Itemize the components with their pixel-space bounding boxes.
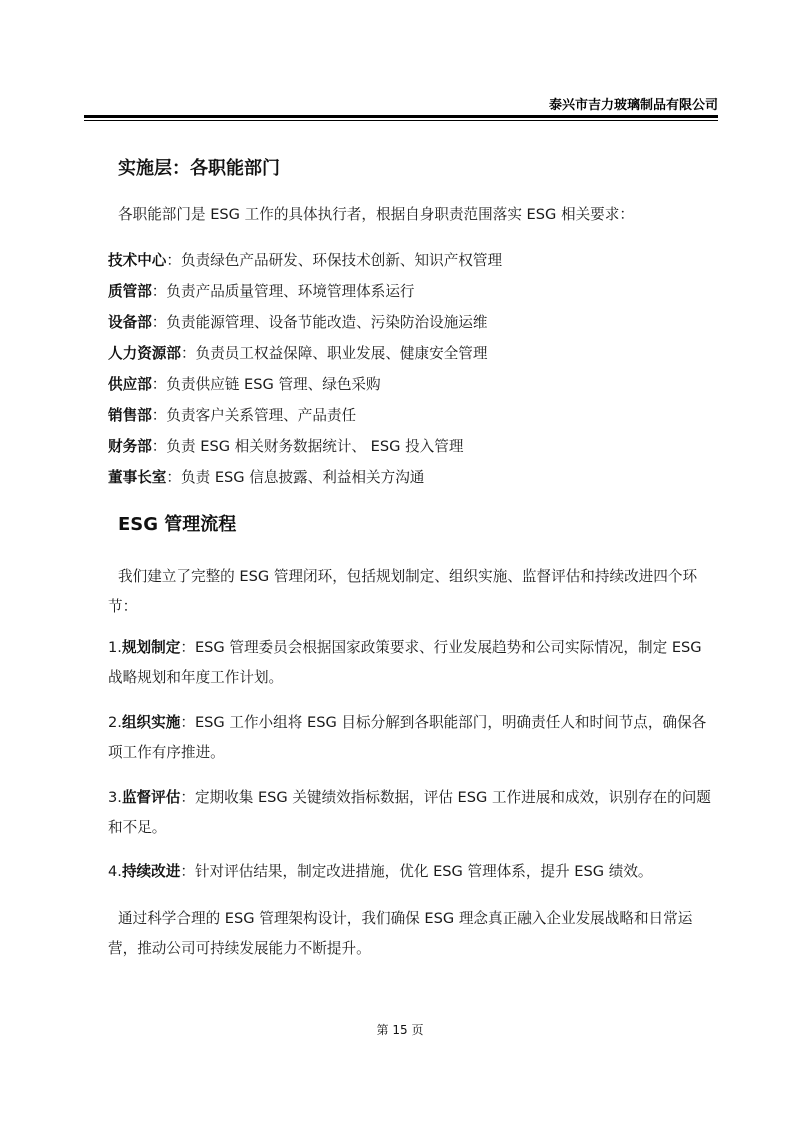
department-duty: 负责 ESG 信息披露、利益相关方沟通	[181, 469, 424, 486]
department-name: 人力资源部	[108, 345, 181, 362]
step-number: 3.	[108, 789, 122, 806]
department-item: 技术中心：负责绿色产品研发、环保技术创新、知识产权管理	[108, 251, 502, 271]
department-item: 财务部：负责 ESG 相关财务数据统计、 ESG 投入管理	[108, 437, 463, 457]
process-conclusion: 通过科学合理的 ESG 管理架构设计，我们确保 ESG 理念真正融入企业发展战略…	[108, 904, 720, 964]
department-item: 董事长室：负责 ESG 信息披露、利益相关方沟通	[108, 468, 424, 488]
department-name: 供应部	[108, 376, 152, 393]
process-step: 1.规划制定：ESG 管理委员会根据国家政策要求、行业发展趋势和公司实际情况，制…	[108, 633, 720, 693]
department-duty: 负责客户关系管理、产品责任	[166, 407, 356, 424]
step-text: ESG 工作小组将 ESG 目标分解到各职能部门，明确责任人和时间节点，确保各项…	[108, 714, 706, 761]
separator: ：	[180, 714, 195, 731]
step-number: 1.	[108, 639, 122, 656]
process-step: 4.持续改进：针对评估结果，制定改进措施，优化 ESG 管理体系，提升 ESG …	[108, 857, 720, 887]
department-duty: 负责 ESG 相关财务数据统计、 ESG 投入管理	[166, 438, 463, 455]
step-number: 4.	[108, 863, 122, 880]
step-name: 持续改进	[122, 863, 180, 880]
department-name: 技术中心	[108, 252, 166, 269]
step-text: ESG 管理委员会根据国家政策要求、行业发展趋势和公司实际情况，制定 ESG 战…	[108, 639, 702, 686]
department-item: 人力资源部：负责员工权益保障、职业发展、健康安全管理	[108, 344, 487, 364]
separator: ：	[166, 469, 181, 486]
step-text: 定期收集 ESG 关键绩效指标数据，评估 ESG 工作进展和成效，识别存在的问题…	[108, 789, 711, 836]
department-duty: 负责供应链 ESG 管理、绿色采购	[166, 376, 380, 393]
department-duty: 负责能源管理、设备节能改造、污染防治设施运维	[166, 314, 487, 331]
step-number: 2.	[108, 714, 122, 731]
department-name: 设备部	[108, 314, 152, 331]
step-name: 监督评估	[122, 789, 180, 806]
implementation-intro: 各职能部门是 ESG 工作的具体执行者，根据自身职责范围落实 ESG 相关要求：	[108, 202, 720, 228]
separator: ：	[181, 345, 196, 362]
header-divider-thin	[84, 120, 718, 121]
step-text: 针对评估结果，制定改进措施，优化 ESG 管理体系，提升 ESG 绩效。	[195, 863, 653, 880]
process-intro: 我们建立了完整的 ESG 管理闭环，包括规划制定、组织实施、监督评估和持续改进四…	[108, 562, 720, 622]
step-name: 规划制定	[122, 639, 180, 656]
process-step: 3.监督评估：定期收集 ESG 关键绩效指标数据，评估 ESG 工作进展和成效，…	[108, 783, 720, 843]
process-step: 2.组织实施：ESG 工作小组将 ESG 目标分解到各职能部门，明确责任人和时间…	[108, 708, 720, 768]
separator: ：	[180, 863, 195, 880]
separator: ：	[180, 639, 195, 656]
department-item: 供应部：负责供应链 ESG 管理、绿色采购	[108, 375, 381, 395]
department-duty: 负责产品质量管理、环境管理体系运行	[166, 283, 414, 300]
page-number: 第 15 页	[0, 1022, 800, 1038]
separator: ：	[152, 283, 167, 300]
separator: ：	[180, 789, 195, 806]
department-duty: 负责绿色产品研发、环保技术创新、知识产权管理	[181, 252, 502, 269]
page-header-company-name: 泰兴市吉力玻璃制品有限公司	[84, 98, 718, 114]
section-title-process: ESG 管理流程	[118, 513, 236, 537]
header-divider-thick	[84, 115, 718, 118]
department-name: 质管部	[108, 283, 152, 300]
department-name: 销售部	[108, 407, 152, 424]
separator: ：	[152, 438, 167, 455]
separator: ：	[166, 252, 181, 269]
separator: ：	[152, 314, 167, 331]
separator: ：	[152, 407, 167, 424]
department-item: 质管部：负责产品质量管理、环境管理体系运行	[108, 282, 415, 302]
section-title-implementation: 实施层：各职能部门	[118, 157, 280, 181]
department-name: 董事长室	[108, 469, 166, 486]
department-name: 财务部	[108, 438, 152, 455]
step-name: 组织实施	[122, 714, 180, 731]
separator: ：	[152, 376, 167, 393]
department-item: 设备部：负责能源管理、设备节能改造、污染防治设施运维	[108, 313, 487, 333]
department-duty: 负责员工权益保障、职业发展、健康安全管理	[196, 345, 488, 362]
department-item: 销售部：负责客户关系管理、产品责任	[108, 406, 356, 426]
